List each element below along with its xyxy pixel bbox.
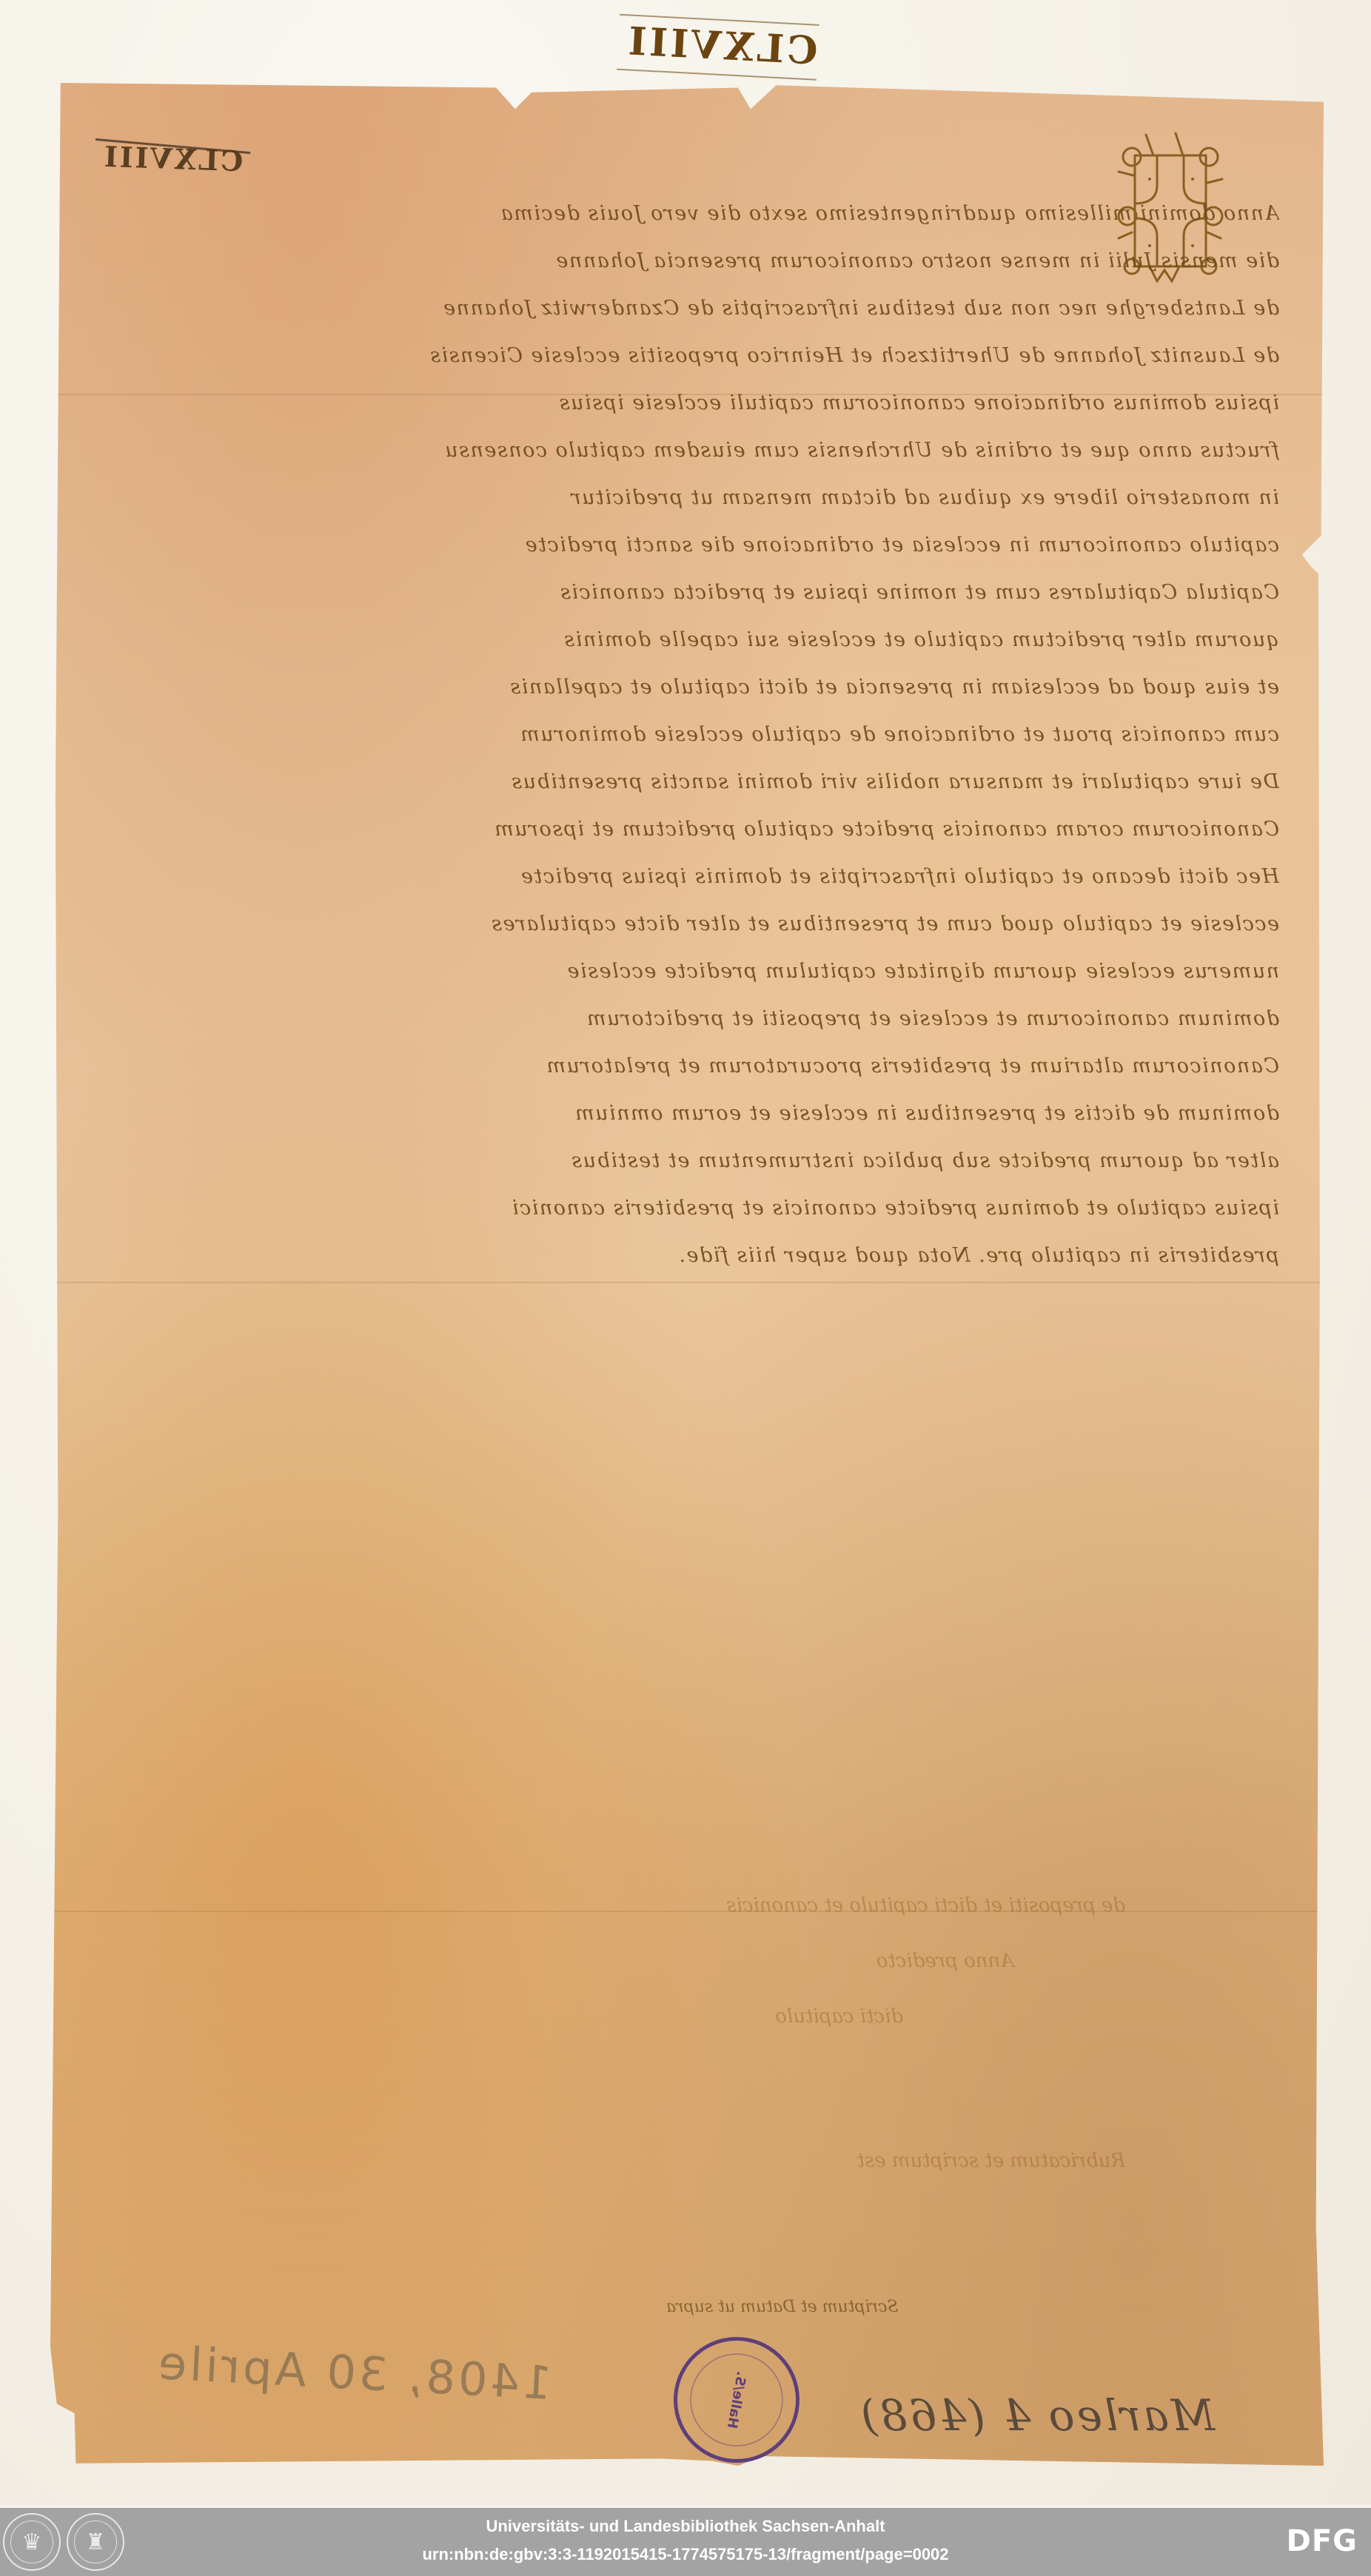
text-line: die mensis Julii in mense nostro canonic… bbox=[110, 238, 1279, 285]
charter-text: Anno domini millesimo quadringentesimo s… bbox=[110, 190, 1279, 1279]
text-line: Canonicorum altarium et presbiteris proc… bbox=[110, 1043, 1279, 1090]
text-line: ecclesie et capitulo quod cum et present… bbox=[110, 901, 1279, 948]
text-line: alter ad quorum predicte sub publica ins… bbox=[110, 1137, 1279, 1185]
faint-bleedthrough-text: de prepositi et dicti capitulo et canoni… bbox=[311, 1894, 1125, 2205]
text-line: fructus anno que et ordinis de Uhrchensi… bbox=[110, 427, 1279, 474]
text-line: Hec dicti decano et capitulo infrascript… bbox=[110, 853, 1279, 901]
text-line: numerus ecclesie quorum dignitate capitu… bbox=[110, 948, 1279, 995]
text-line: Anno domini millesimo quadringentesimo s… bbox=[110, 190, 1279, 238]
urn-identifier: urn:nbn:de:gbv:3:3-1192015415-1774575175… bbox=[0, 2545, 1371, 2564]
text-line: cum canonicis prout et ordinacione de ca… bbox=[110, 711, 1279, 759]
library-stamp: Halle/S. bbox=[664, 2327, 810, 2473]
library-name: Universitäts- und Landesbibliothek Sachs… bbox=[0, 2517, 1371, 2536]
faint-line: Anno predicto bbox=[311, 1950, 1125, 2005]
text-line: Capitula Capitulares cum et nomine ipsiu… bbox=[110, 569, 1279, 616]
text-line: capitulo canonicorum in ecclesia et ordi… bbox=[110, 522, 1279, 569]
dfg-logo: DFG bbox=[1287, 2524, 1358, 2558]
faint-line: de prepositi et dicti capitulo et canoni… bbox=[311, 1894, 1125, 1950]
text-line: quorum alter predictum capitulo et eccle… bbox=[110, 616, 1279, 664]
top-shelfmark: CLXVIII bbox=[602, 10, 842, 82]
lower-note: Scriptum et Datum ut supra bbox=[666, 2298, 899, 2316]
library-footer: ♛ ♜ Universitäts- und Landesbibliothek S… bbox=[0, 2508, 1371, 2576]
text-line: dominum canonicorum et ecclesie et prepo… bbox=[110, 995, 1279, 1043]
pencil-shelfmark-annotation: Marleo 4 (468) bbox=[859, 2390, 1215, 2441]
fold-line bbox=[50, 1282, 1324, 1283]
text-line: et eius quod ad ecclesiam in presencia e… bbox=[110, 664, 1279, 711]
text-line: dominum de dictis et presentibus in eccl… bbox=[110, 1090, 1279, 1137]
text-line: ipsius capitulo et dominus predicte cano… bbox=[110, 1185, 1279, 1232]
text-line: de Lausnitz Johanne de Uhertitzsch et He… bbox=[110, 332, 1279, 380]
text-line: De iure capitulari et mansura nobilis vi… bbox=[110, 759, 1279, 806]
faint-line: dicti capitulo bbox=[311, 2005, 1125, 2061]
text-line: ipsius dominus ordinacione canonicorum c… bbox=[110, 380, 1279, 427]
text-line: in monasterio libere ex quibus ad dictam… bbox=[110, 474, 1279, 522]
faint-line: Rubricatum et scriptum est bbox=[311, 2150, 1125, 2205]
text-line: de Lantsberghe nec non sub testibus infr… bbox=[110, 285, 1279, 332]
inner-shelfmark: CLXVIII bbox=[101, 140, 244, 178]
text-line: Canonicorum coram canonicis predicte cap… bbox=[110, 806, 1279, 853]
text-line: presbiteris in capitulo pre. Nota quod s… bbox=[507, 1232, 1279, 1279]
